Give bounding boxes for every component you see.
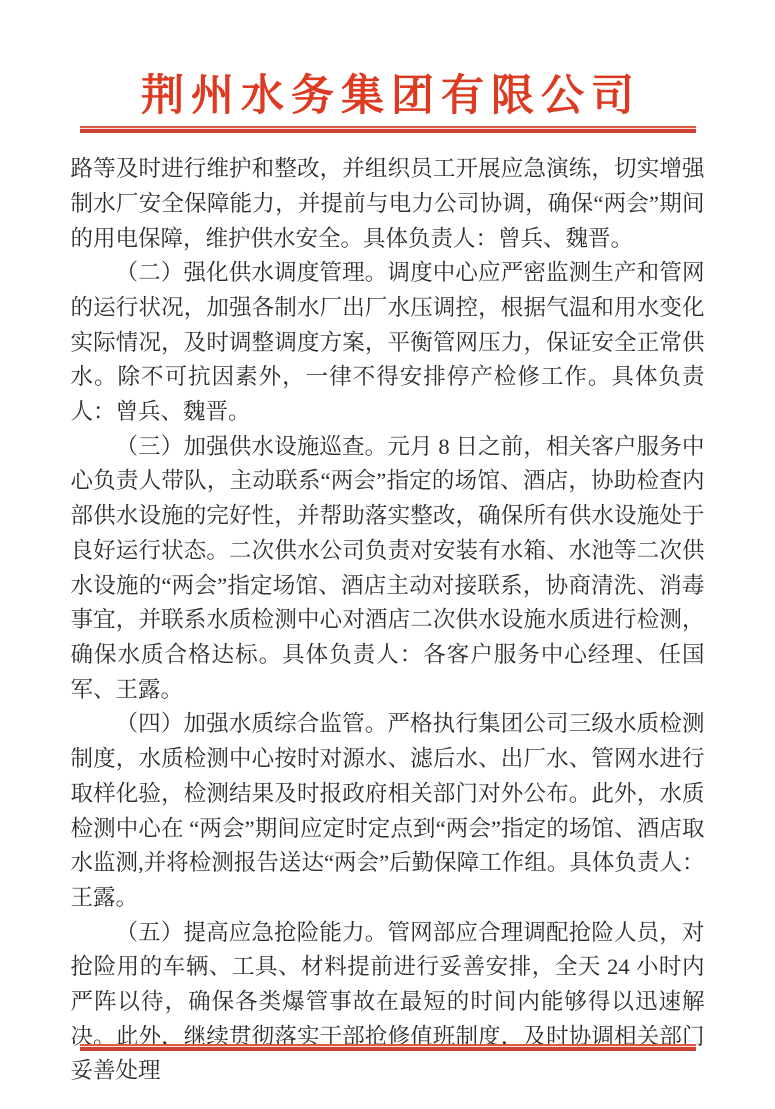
paragraph-item-4: （四）加强水质综合监管。严格执行集团公司三级水质检测制度，水质检测中心按时对源水… bbox=[71, 707, 705, 915]
document-page: 荆州水务集团有限公司 路等及时进行维护和整改，并组织员工开展应急演练，切实增强制… bbox=[0, 0, 775, 1109]
paragraph-item-5: （五）提高应急抢险能力。管网部应合理调配抢险人员，对抢险用的车辆、工具、材料提前… bbox=[71, 916, 705, 1090]
document-body: 路等及时进行维护和整改，并组织员工开展应急演练，切实增强制水厂安全保障能力，并提… bbox=[71, 152, 705, 1089]
paragraph-item-2: （二）强化供水调度管理。调度中心应严密监测生产和管网的运行状况，加强各制水厂出厂… bbox=[71, 256, 705, 430]
paragraph-item-3: （三）加强供水设施巡查。元月 8 日之前，相关客户服务中心负责人带队，主动联系“… bbox=[71, 430, 705, 708]
document-header: 荆州水务集团有限公司 bbox=[0, 0, 775, 133]
paragraph-continuation: 路等及时进行维护和整改，并组织员工开展应急演练，切实增强制水厂安全保障能力，并提… bbox=[71, 152, 705, 256]
company-title: 荆州水务集团有限公司 bbox=[0, 74, 775, 119]
footer-rule bbox=[80, 1044, 696, 1051]
header-rule bbox=[80, 126, 696, 133]
